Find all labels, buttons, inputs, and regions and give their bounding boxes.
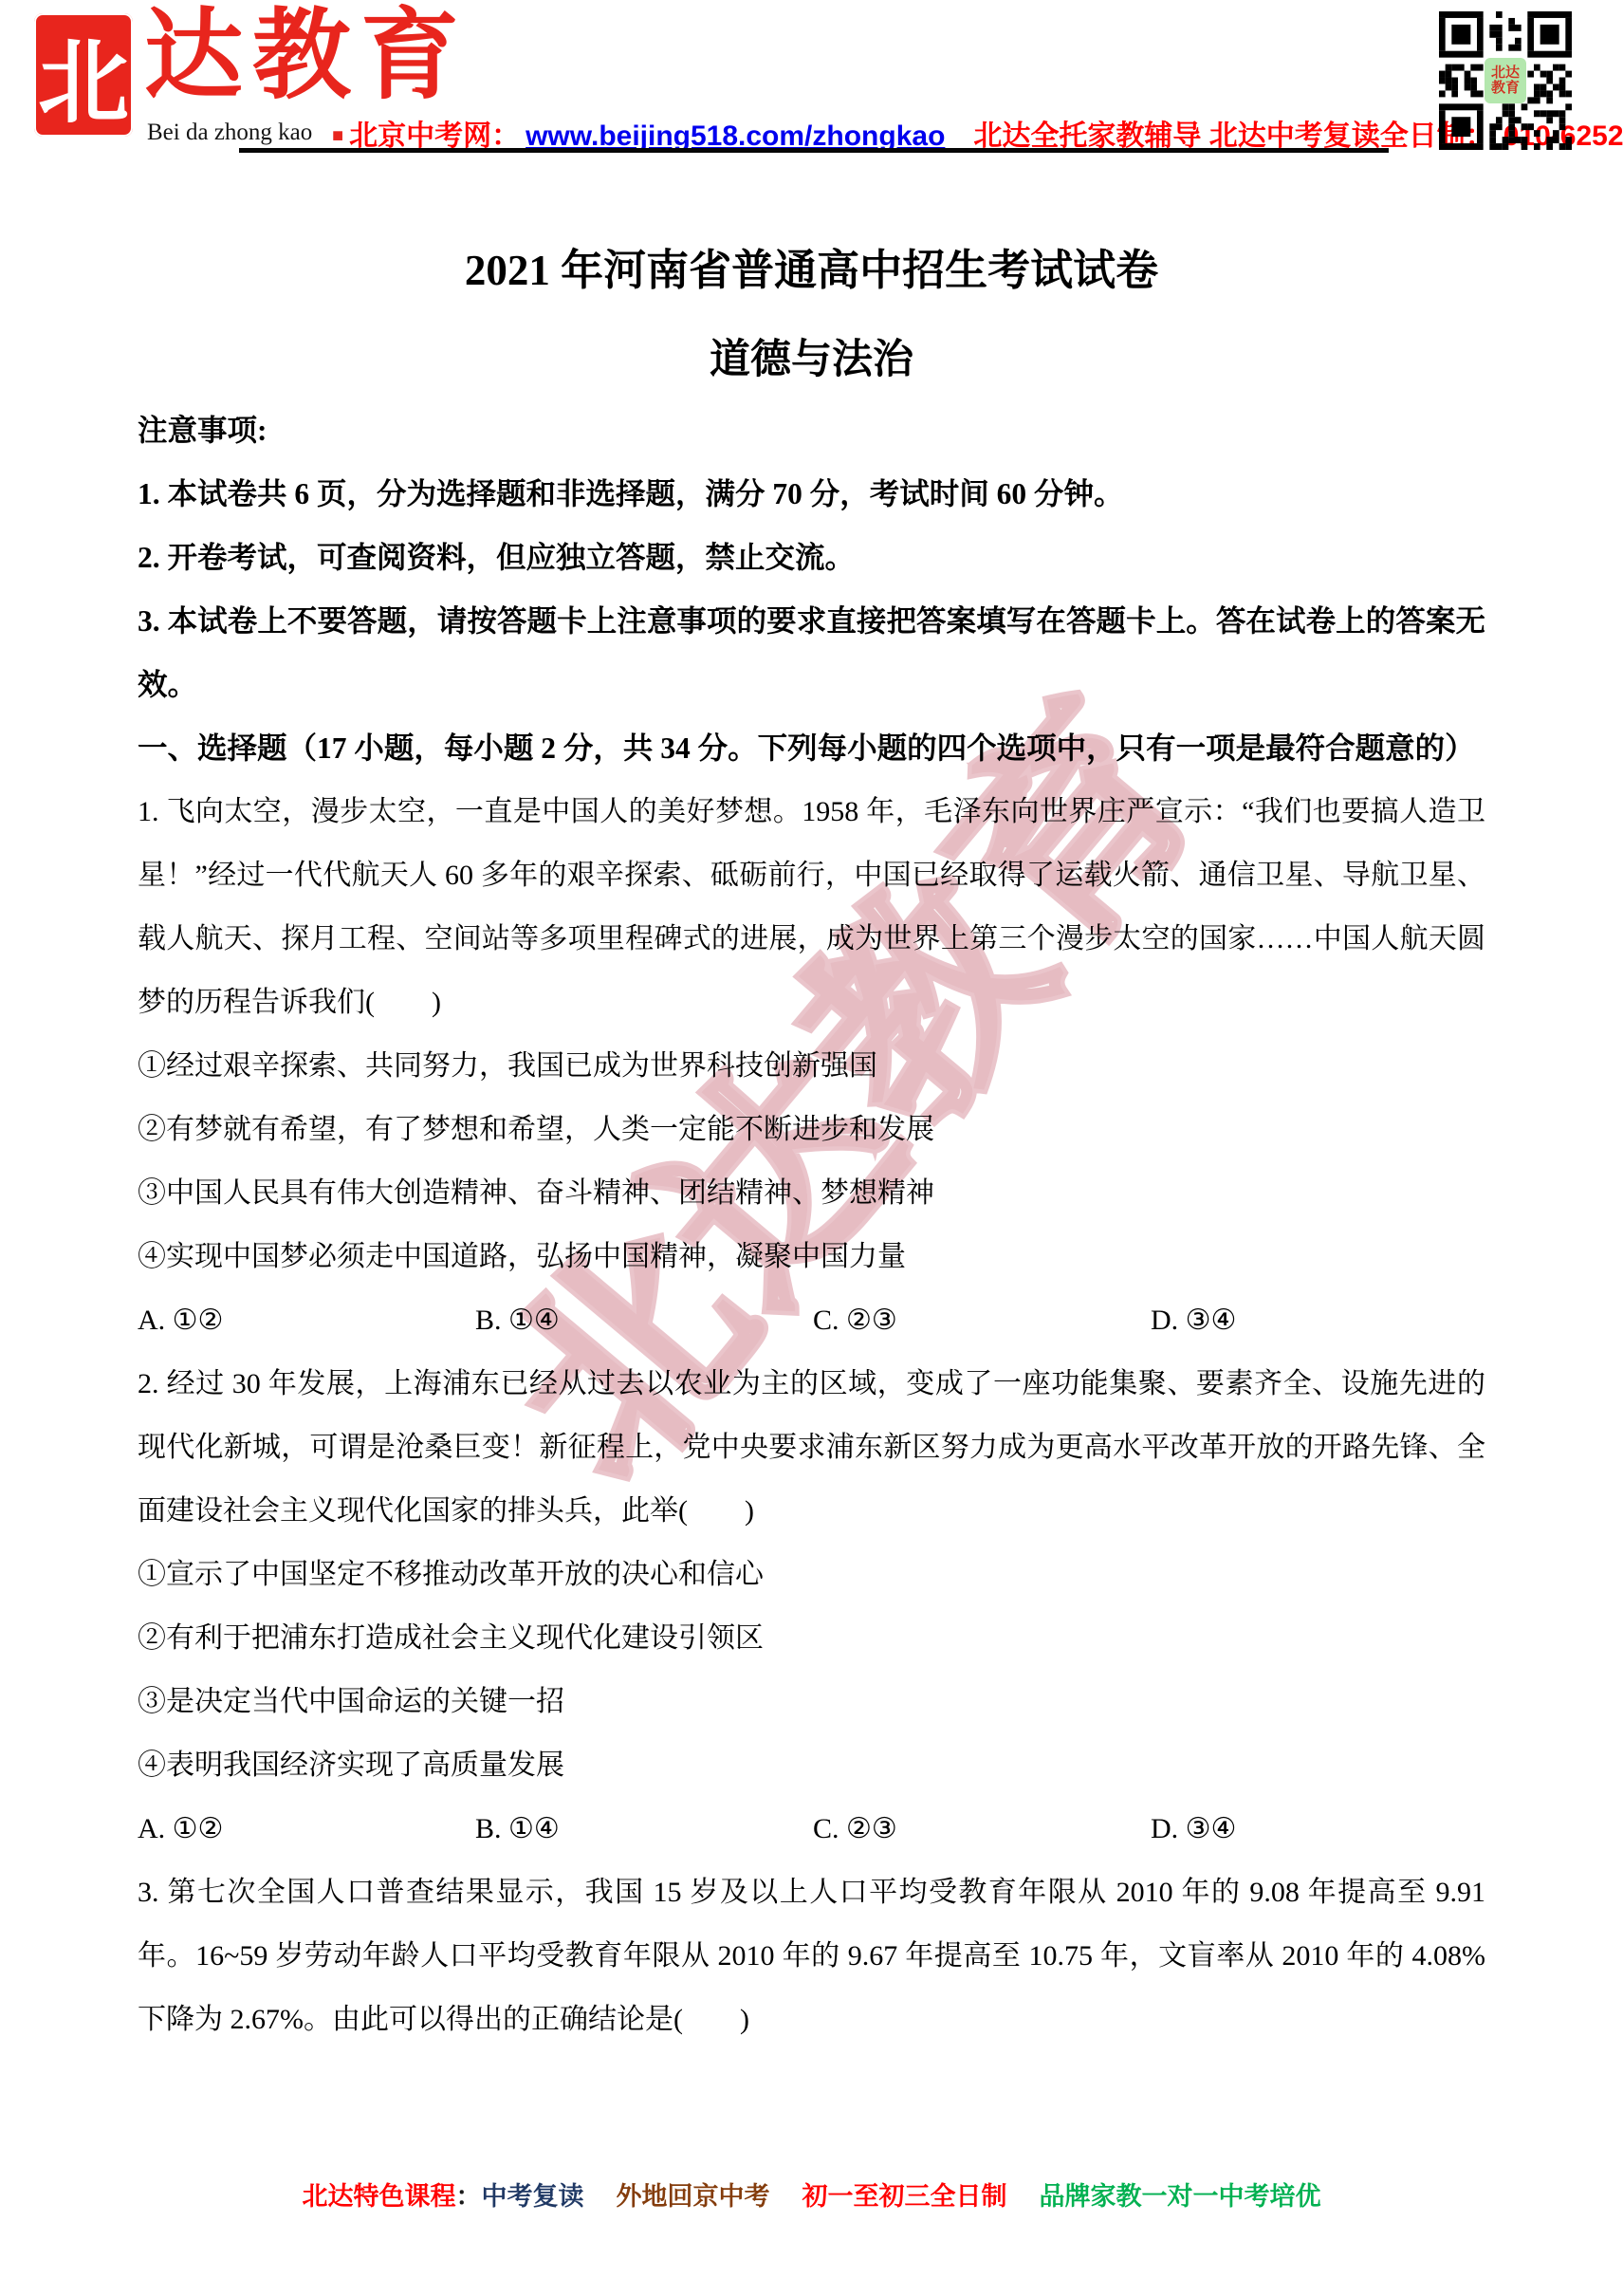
exam-title: 2021 年河南省普通高中招生考试试卷 [138, 243, 1485, 298]
question-1-choice-c: C. ②③ [813, 1288, 1151, 1352]
qr-center-badge: 北达 教育 [1485, 58, 1526, 103]
exam-subject: 道德与法治 [138, 334, 1485, 387]
exam-content: 2021 年河南省普通高中招生考试试卷 道德与法治 注意事项: 1. 本试卷共 … [138, 0, 1485, 2051]
question-1-stem: 1. 飞向太空，漫步太空，一直是中国人的美好梦想。1958 年，毛泽东向世界庄严… [138, 780, 1485, 1034]
question-1-choice-d: D. ③④ [1151, 1288, 1485, 1352]
question-2-choices-row: A. ①② B. ①④ C. ②③ D. ③④ [138, 1797, 1485, 1861]
footer-course-2: 外地回京中考 [617, 2182, 770, 2211]
brand-seal-logo: 北 [34, 13, 133, 137]
question-3-stem: 3. 第七次全国人口普查结果显示，我国 15 岁及以上人口平均受教育年限从 20… [138, 1861, 1485, 2051]
question-2-choice-a: A. ①② [138, 1797, 475, 1861]
notice-item-3: 3. 本试卷上不要答题，请按答题卡上注意事项的要求直接把答案填写在答题卡上。答在… [138, 589, 1485, 716]
footer-colon: ： [456, 2182, 482, 2211]
question-2-stem: 2. 经过 30 年发展，上海浦东已经从过去以农业为主的区域，变成了一座功能集聚… [138, 1352, 1485, 1543]
qr-badge-line1: 北达 [1491, 65, 1520, 81]
notice-heading: 注意事项: [138, 398, 1485, 462]
footer-course-4: 品牌家教一对一中考培优 [1040, 2182, 1321, 2211]
section-heading: 一、选择题（17 小题，每小题 2 分，共 34 分。下列每小题的四个选项中，只… [138, 716, 1485, 780]
question-2-option-4: ④表明我国经济实现了高质量发展 [138, 1733, 1485, 1797]
question-1-option-1: ①经过艰辛探索、共同努力，我国已成为世界科技创新强国 [138, 1034, 1485, 1098]
question-2-option-1: ①宣示了中国坚定不移推动改革开放的决心和信心 [138, 1543, 1485, 1606]
footer-course-line: 北达特色课程：中考复读外地回京中考初一至初三全日制品牌家教一对一中考培优 [0, 2176, 1623, 2213]
notice-item-2: 2. 开卷考试，可查阅资料，但应独立答题，禁止交流。 [138, 526, 1485, 589]
question-1-choices-row: A. ①② B. ①④ C. ②③ D. ③④ [138, 1288, 1485, 1352]
question-1-option-4: ④实现中国梦必须走中国道路，弘扬中国精神，凝聚中国力量 [138, 1225, 1485, 1288]
question-2-option-3: ③是决定当代中国命运的关键一招 [138, 1670, 1485, 1733]
footer-course-3: 初一至初三全日制 [802, 2182, 1007, 2211]
question-2-choice-d: D. ③④ [1151, 1797, 1485, 1861]
qr-badge-line2: 教育 [1491, 81, 1520, 96]
footer-course-1: 中考复读 [482, 2182, 584, 2211]
question-2-choice-b: B. ①④ [475, 1797, 813, 1861]
question-2-choice-c: C. ②③ [813, 1797, 1151, 1861]
question-1-choice-b: B. ①④ [475, 1288, 813, 1352]
question-2-option-2: ②有利于把浦东打造成社会主义现代化建设引领区 [138, 1606, 1485, 1670]
question-1-option-3: ③中国人民具有伟大创造精神、奋斗精神、团结精神、梦想精神 [138, 1161, 1485, 1225]
question-1-option-2: ②有梦就有希望，有了梦想和希望，人类一定能不断进步和发展 [138, 1098, 1485, 1161]
question-1-choice-a: A. ①② [138, 1288, 475, 1352]
exam-page: 北 达教育 Bei da zhong kao ■北京中考网：www.beijin… [0, 0, 1623, 2296]
footer-brand-label: 北达特色课程 [303, 2182, 456, 2211]
notice-item-1: 1. 本试卷共 6 页，分为选择题和非选择题，满分 70 分，考试时间 60 分… [138, 462, 1485, 526]
